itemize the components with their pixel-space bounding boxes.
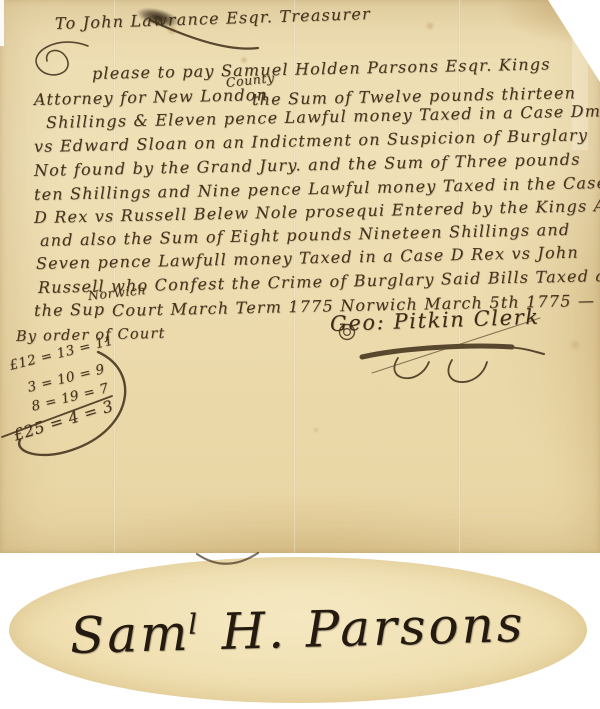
- manuscript-line: the Sup: [34, 302, 106, 319]
- signature-text: Sam: [70, 604, 192, 665]
- manuscript-line-address: To John Lawrance Esqr. Treasurer: [55, 6, 371, 32]
- clerk-signature: Geo: Pitkin Clerk: [330, 307, 540, 335]
- manuscript-line: Attorney for New London: [34, 87, 268, 108]
- magnified-signature: Saml H. Parsons: [70, 595, 527, 665]
- manuscript-paper: To John Lawrance Esqr. Treasurer please …: [0, 0, 600, 553]
- signature-text: H. Parsons: [202, 595, 526, 661]
- paper-edge-sliver: [0, 0, 4, 46]
- signature-detail-oval: Saml H. Parsons: [9, 557, 587, 703]
- signature-superscript: l: [188, 608, 201, 641]
- manuscript-line: please to pay Samuel Holden Parsons Esqr…: [92, 56, 551, 82]
